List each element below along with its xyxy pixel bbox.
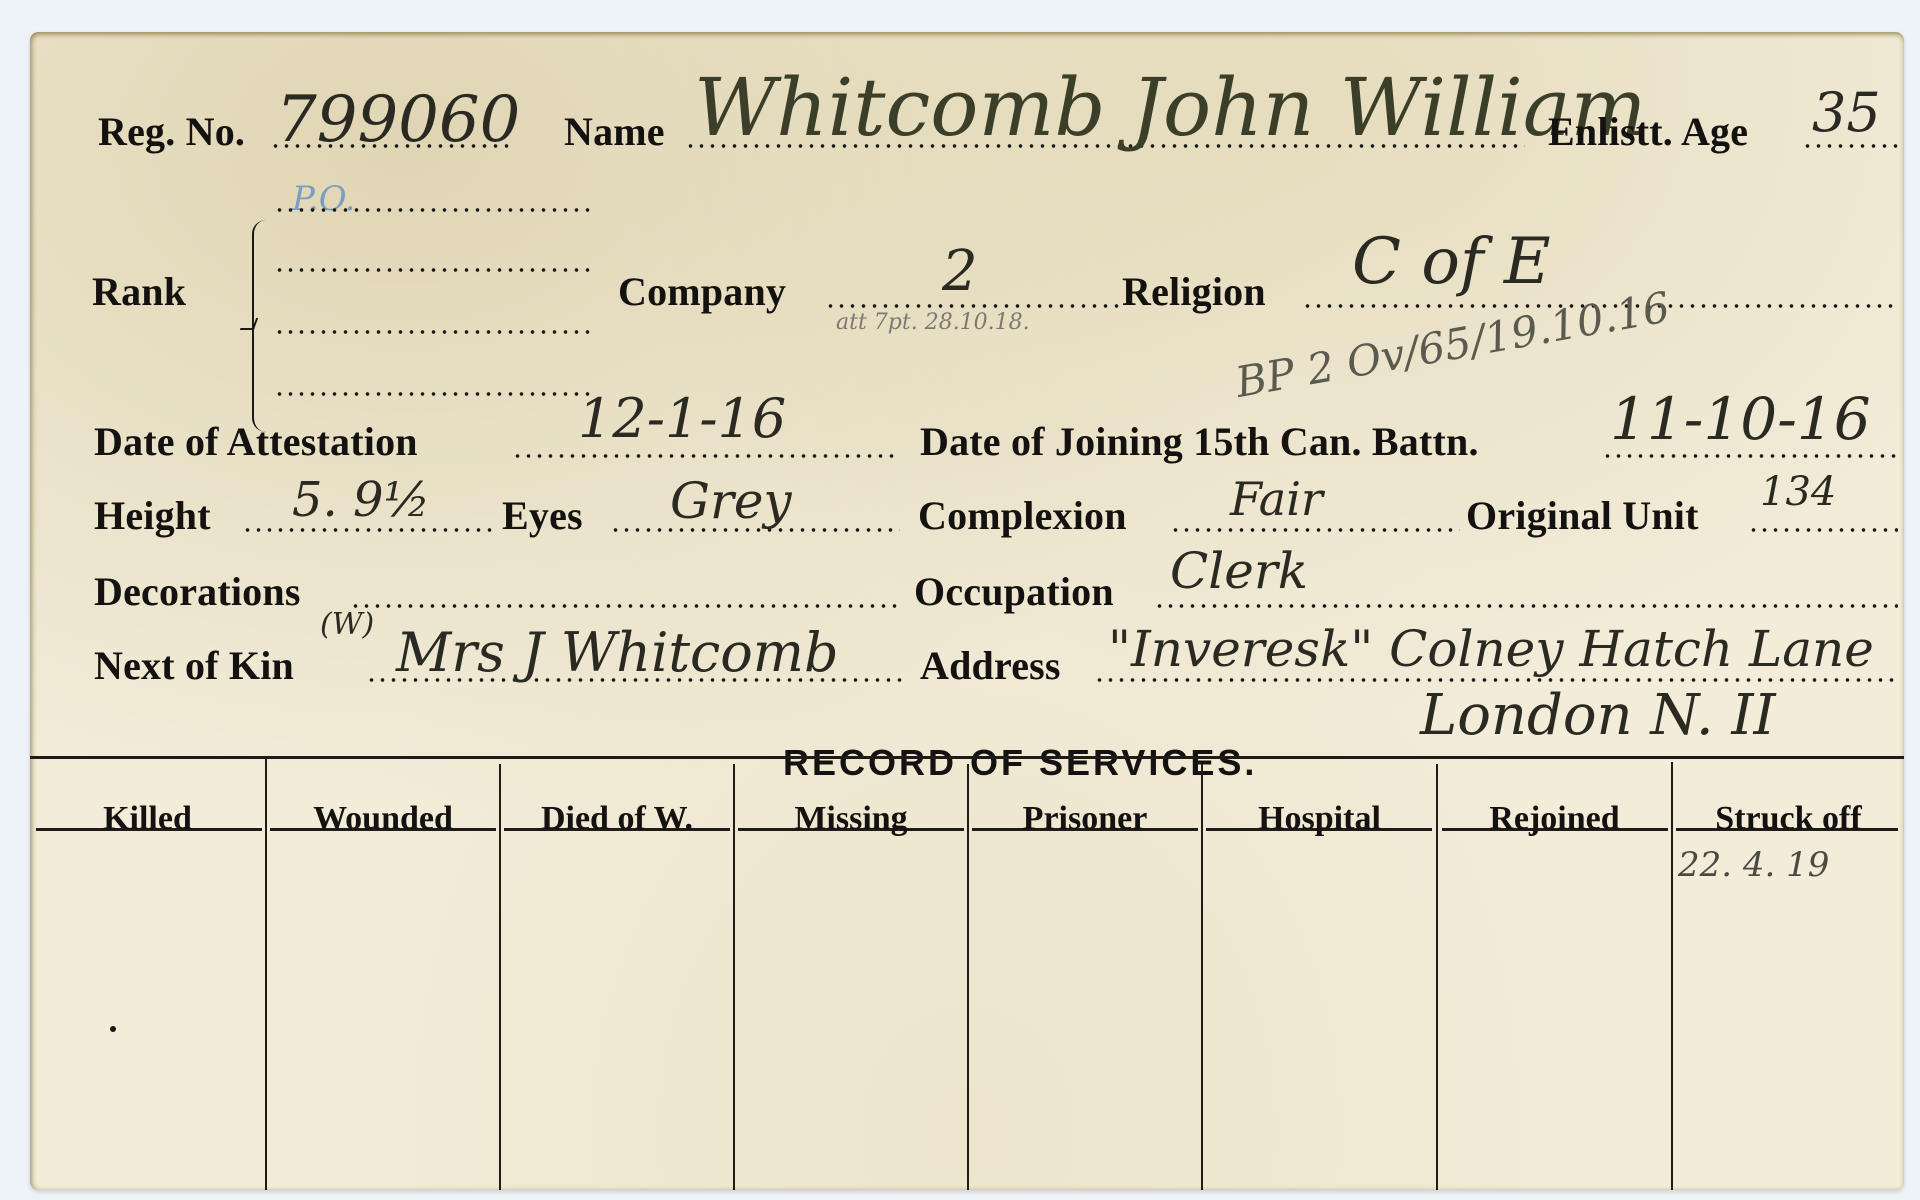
complexion-value: Fair (1230, 476, 1323, 522)
rank-line-1 (274, 208, 590, 212)
religion-label: Religion (1122, 272, 1266, 312)
next-of-kin-value: Mrs J Whitcomb (396, 626, 839, 680)
decorations-label: Decorations (94, 572, 301, 612)
original-unit-dotted-line (1748, 528, 1898, 532)
table-top-rule (30, 756, 1904, 759)
decorations-dotted-line (350, 604, 902, 608)
occupation-value: Clerk (1170, 546, 1308, 596)
joining-value: 11-10-16 (1610, 390, 1871, 448)
complexion-dotted-line (1170, 528, 1460, 532)
name-label: Name (564, 112, 665, 152)
attestation-label: Date of Attestation (94, 422, 418, 462)
reg-no-value: 799060 (276, 88, 520, 152)
column-header-prisoner: Prisoner (969, 800, 1201, 840)
address-label: Address (920, 646, 1061, 686)
occupation-label: Occupation (914, 572, 1114, 612)
original-unit-label: Original Unit (1466, 496, 1699, 536)
next-of-kin-relation: (W) (320, 610, 374, 640)
address-line-1: "Inveresk" Colney Hatch Lane (1108, 624, 1874, 674)
attestation-value: 12-1-16 (578, 392, 786, 446)
religion-value: C of E (1352, 230, 1551, 294)
next-of-kin-label: Next of Kin (94, 646, 294, 686)
age-dotted-line (1802, 144, 1902, 148)
height-dotted-line (242, 528, 492, 532)
enlist-age-label: Enlistt. Age (1548, 112, 1748, 152)
name-value: Whitcomb John William (694, 68, 1646, 148)
eyes-label: Eyes (502, 496, 583, 536)
column-header-rejoined: Rejoined (1438, 800, 1671, 840)
rank-line-2 (274, 268, 590, 272)
company-label: Company (618, 272, 786, 312)
record-of-services-title: RECORD OF SERVICES. (783, 742, 1257, 784)
column-header-wounded: Wounded (267, 800, 499, 840)
joining-dotted-line (1602, 454, 1898, 458)
height-label: Height (94, 496, 211, 536)
rank-line-3 (274, 330, 590, 334)
service-record-card: Reg. No. 799060 P.O. Name Whitcomb John … (30, 32, 1904, 1190)
column-header-hospital: Hospital (1203, 800, 1436, 840)
height-value: 5. 9½ (292, 476, 430, 524)
company-note: att 7pt. 28.10.18. (836, 312, 1030, 334)
rank-line-4 (274, 392, 590, 396)
company-dotted-line (825, 304, 1125, 308)
column-header-died-of-wounds: Died of W. (501, 800, 733, 840)
reg-no-label: Reg. No. (98, 112, 245, 152)
address-line-2: London N. II (1420, 688, 1776, 744)
eyes-value: Grey (670, 476, 792, 526)
occupation-dotted-line (1154, 604, 1898, 608)
enlist-age-value: 35 (1812, 86, 1881, 140)
column-header-struck-off: Struck off (1673, 800, 1904, 840)
company-value: 2 (942, 244, 978, 300)
complexion-label: Complexion (918, 496, 1127, 536)
struck-off-value: 22. 4. 19 (1678, 848, 1829, 882)
attestation-dotted-line (512, 454, 900, 458)
address-dotted-line (1094, 678, 1898, 682)
column-header-missing: Missing (735, 800, 967, 840)
rank-label: Rank (92, 272, 186, 312)
ink-speck (110, 1026, 116, 1032)
column-header-killed: Killed (30, 800, 265, 840)
original-unit-value: 134 (1760, 472, 1836, 512)
joining-label: Date of Joining 15th Can. Battn. (920, 422, 1479, 462)
